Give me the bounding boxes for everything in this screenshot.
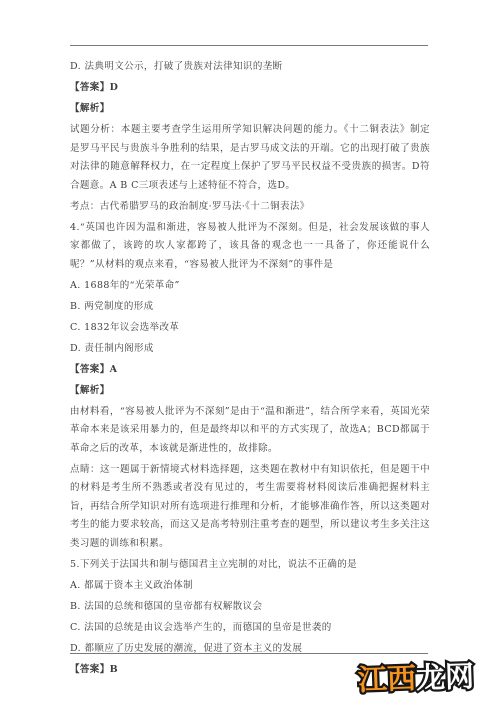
- doc-block-label: 【解析】: [70, 382, 430, 401]
- doc-block-line: 考点：古代希腊罗马的政治制度·罗马法·《十二铜表法》: [70, 198, 430, 217]
- doc-block-option: D. 都顺应了历史发展的潮流，促进了资本主义的发展: [70, 640, 430, 659]
- doc-block-para: 点睛：这一题属于新情境式材料选择题，这类题在教材中有知识依托，但是题干中的材料是…: [70, 461, 430, 554]
- doc-block-para: 4.“英国也许因为温和渐进，容易被人批评为不深刻。但是，社会发展该做的事人家都做…: [70, 219, 430, 275]
- doc-block-para: 由材料看，“容易被人批评为不深刻”是由于“温和渐进”，结合所学来看，英国光荣革命…: [70, 403, 430, 459]
- doc-block-option: D. 责任制内阁形成: [70, 340, 430, 359]
- doc-block-para: 5.下列关于法国共和制与德国君主立宪制的对比，说法不正确的是: [70, 556, 430, 575]
- doc-block-para: 试题分析：本题主要考查学生运用所学知识解决问题的能力。《十二铜表法》制定是罗马平…: [70, 121, 430, 195]
- doc-block-label: 【解析】: [70, 100, 430, 119]
- watermark-text-secondary: 龙网: [415, 659, 474, 695]
- doc-block-option: B. 两党制度的形成: [70, 298, 430, 317]
- top-divider: [70, 45, 428, 46]
- doc-block-answer: 【答案】A: [70, 361, 430, 380]
- watermark-text-primary: 江西: [357, 661, 416, 697]
- doc-block-option: A. 1688年的“光荣革命”: [70, 277, 430, 296]
- bottom-divider: [70, 653, 428, 654]
- doc-block-option: C. 法国的总统是由议会选举产生的，而德国的皇帝是世袭的: [70, 619, 430, 638]
- doc-block-option: D. 法典明文公示，打破了贵族对法律知识的垄断: [70, 58, 430, 77]
- doc-block-option: B. 法国的总统和德国的皇帝都有权解散议会: [70, 598, 430, 617]
- doc-block-option: A. 都属于资本主义政治体制: [70, 577, 430, 596]
- doc-block-option: C. 1832年议会选举改革: [70, 319, 430, 338]
- doc-block-answer: 【答案】D: [70, 79, 430, 98]
- site-watermark: 江西龙网: [357, 654, 474, 699]
- exam-document-page: D. 法典明文公示，打破了贵族对法律知识的垄断【答案】D【解析】试题分析：本题主…: [0, 0, 500, 707]
- document-body: D. 法典明文公示，打破了贵族对法律知识的垄断【答案】D【解析】试题分析：本题主…: [70, 58, 430, 682]
